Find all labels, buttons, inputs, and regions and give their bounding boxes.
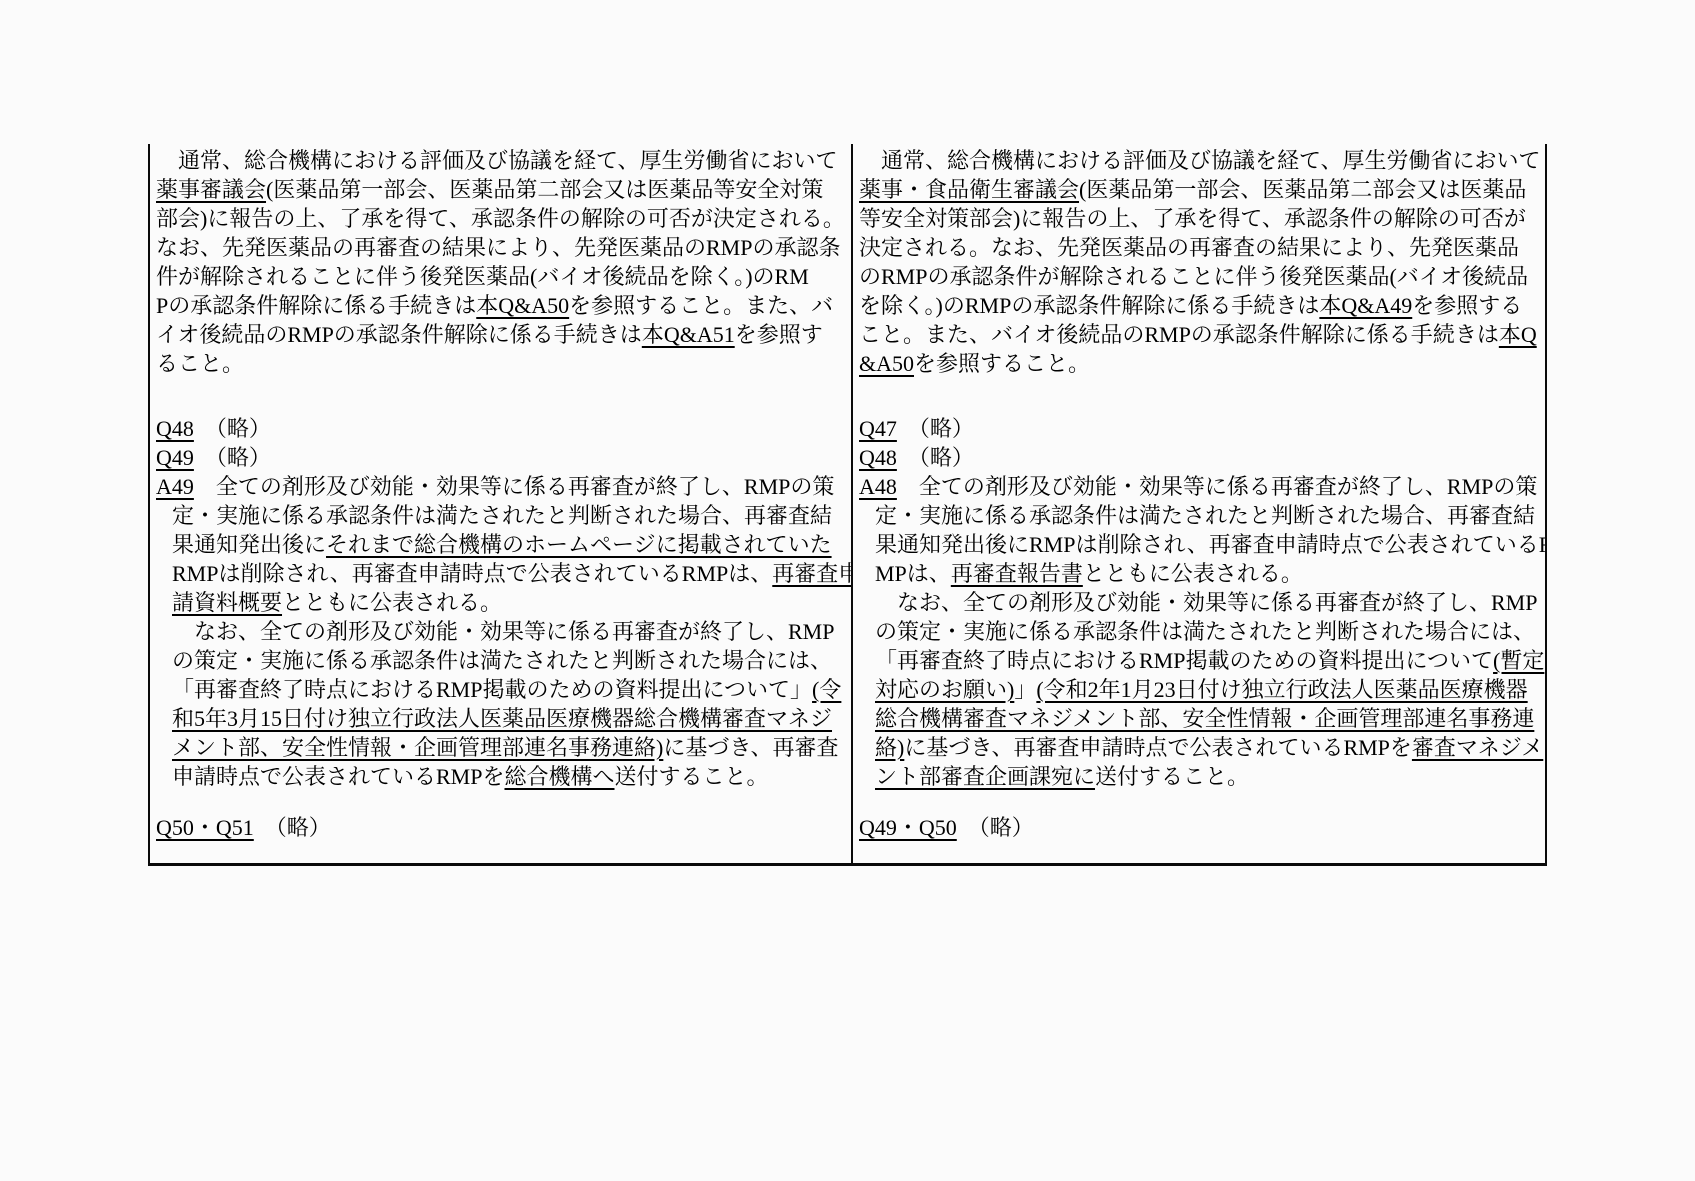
text-run: (医薬品第一部会、医薬品第二部会又は医薬品 bbox=[1079, 177, 1526, 202]
text-line: メント部、安全性情報・企画管理部連名事務連絡)に基づき、再審査 bbox=[156, 733, 847, 762]
text-run: を参照する bbox=[1412, 293, 1522, 318]
text-line: A48 全ての剤形及び効能・効果等に係る再審査が終了し、RMPの策 bbox=[859, 472, 1541, 501]
text-run: なお、全ての剤形及び効能・効果等に係る再審査が終了し、RMP bbox=[875, 590, 1537, 615]
text-line: RMPは削除され、再審査申請時点で公表されているRMPは、再審査申 bbox=[156, 559, 847, 588]
underlined-text: (令 bbox=[812, 677, 841, 702]
underlined-text: A48 bbox=[859, 474, 897, 499]
text-line: の策定・実施に係る承認条件は満たされたと判断された場合には、 bbox=[156, 646, 847, 675]
underlined-text: 本Q&A50 bbox=[476, 293, 569, 318]
text-run: 全ての剤形及び効能・効果等に係る再審査が終了し、RMPの策 bbox=[194, 474, 834, 499]
underlined-text: 再審査報告書 bbox=[951, 561, 1083, 586]
text-line: 通常、総合機構における評価及び協議を経て、厚生労働省において bbox=[156, 146, 847, 175]
text-run: とともに公表される。 bbox=[282, 590, 502, 615]
text-line: なお、全ての剤形及び効能・効果等に係る再審査が終了し、RMP bbox=[859, 588, 1541, 617]
text-line: イオ後続品のRMPの承認条件解除に係る手続きは本Q&A51を参照す bbox=[156, 320, 847, 349]
underlined-text: Q47 bbox=[859, 416, 897, 441]
text-line: 申請時点で公表されているRMPを総合機構へ送付すること。 bbox=[156, 762, 847, 791]
text-run: を参照す bbox=[735, 322, 823, 347]
text-line: 絡)に基づき、再審査申請時点で公表されているRMPを審査マネジメ bbox=[859, 733, 1541, 762]
text-block: 通常、総合機構における評価及び協議を経て、厚生労働省において薬事審議会(医薬品第… bbox=[156, 146, 847, 378]
text-line: なお、全ての剤形及び効能・効果等に係る再審査が終了し、RMP bbox=[156, 617, 847, 646]
text-line: A49 全ての剤形及び効能・効果等に係る再審査が終了し、RMPの策 bbox=[156, 472, 847, 501]
text-line: 請資料概要とともに公表される。 bbox=[156, 588, 847, 617]
underlined-text: 本Q bbox=[1499, 322, 1537, 347]
underlined-text: (暫定 bbox=[1493, 648, 1544, 673]
text-run: 定・実施に係る承認条件は満たされたと判断された場合、再審査結 bbox=[172, 503, 832, 528]
text-run: のRMPの承認条件が解除されることに伴う後発医薬品(バイオ後続品 bbox=[859, 264, 1528, 289]
text-run: を除く。)のRMPの承認条件解除に係る手続きは bbox=[859, 293, 1319, 318]
text-run: （略） bbox=[194, 416, 271, 441]
text-line: の策定・実施に係る承認条件は満たされたと判断された場合には、 bbox=[859, 617, 1541, 646]
underlined-text: 和5年3月15日付け独立行政法人医薬品医療機器総合機構審査マネジ bbox=[172, 706, 832, 731]
text-run: （略） bbox=[897, 445, 974, 470]
text-run: 部会)に報告の上、了承を得て、承認条件の解除の可否が決定される。 bbox=[156, 206, 845, 231]
text-line: ント部審査企画課宛に送付すること。 bbox=[859, 762, 1541, 791]
text-line: ること。 bbox=[156, 349, 847, 378]
text-run: を参照すること。 bbox=[914, 351, 1090, 376]
text-run: ること。 bbox=[156, 351, 244, 376]
underlined-text: 本Q&A51 bbox=[642, 322, 735, 347]
text-run: （略） bbox=[957, 815, 1034, 840]
underlined-text: Q48 bbox=[859, 445, 897, 470]
text-block: Q48 （略）Q49 （略）A49 全ての剤形及び効能・効果等に係る再審査が終了… bbox=[156, 414, 847, 791]
text-run: に基づき、再審査 bbox=[663, 735, 838, 760]
comparison-table: 通常、総合機構における評価及び協議を経て、厚生労働省において薬事審議会(医薬品第… bbox=[148, 144, 1547, 866]
underlined-text: 対応のお願い) bbox=[875, 677, 1014, 702]
text-run: MPは、 bbox=[875, 561, 951, 586]
text-run: 件が解除されることに伴う後発医薬品(バイオ後続品を除く。)のRM bbox=[156, 264, 809, 289]
text-block: 通常、総合機構における評価及び協議を経て、厚生労働省において薬事・食品衛生審議会… bbox=[859, 146, 1541, 378]
text-line: &A50を参照すること。 bbox=[859, 349, 1541, 378]
text-line: のRMPの承認条件が解除されることに伴う後発医薬品(バイオ後続品 bbox=[859, 262, 1541, 291]
text-run: (医薬品第一部会、医薬品第二部会又は医薬品等安全対策 bbox=[266, 177, 823, 202]
text-run: 送付すること。 bbox=[1095, 764, 1249, 789]
underlined-text: A49 bbox=[156, 474, 194, 499]
text-line: 果通知発出後にRMPは削除され、再審査申請時点で公表されているR bbox=[859, 530, 1541, 559]
text-line: Q49 （略） bbox=[156, 443, 847, 472]
text-block: Q50・Q51 （略） bbox=[156, 813, 847, 842]
text-run: イオ後続品のRMPの承認条件解除に係る手続きは bbox=[156, 322, 642, 347]
text-run: 全ての剤形及び効能・効果等に係る再審査が終了し、RMPの策 bbox=[897, 474, 1537, 499]
underlined-text: 総合機構へ bbox=[504, 764, 614, 789]
text-line: 総合機構審査マネジメント部、安全性情報・企画管理部連名事務連 bbox=[859, 704, 1541, 733]
text-line: 薬事審議会(医薬品第一部会、医薬品第二部会又は医薬品等安全対策 bbox=[156, 175, 847, 204]
text-run: を参照すること。また、バ bbox=[569, 293, 833, 318]
text-run: （略） bbox=[897, 416, 974, 441]
text-run: 定・実施に係る承認条件は満たされたと判断された場合、再審査結 bbox=[875, 503, 1535, 528]
text-run: なお、全ての剤形及び効能・効果等に係る再審査が終了し、RMP bbox=[172, 619, 834, 644]
underlined-text: メント部、安全性情報・企画管理部連名事務連絡) bbox=[172, 735, 663, 760]
text-run: とともに公表される。 bbox=[1083, 561, 1303, 586]
text-run: 「再審査終了時点におけるRMP掲載のための資料提出について bbox=[875, 648, 1493, 673]
text-line: 対応のお願い)」(令和2年1月23日付け独立行政法人医薬品医療機器 bbox=[859, 675, 1541, 704]
underlined-text: Q49・Q50 bbox=[859, 815, 957, 840]
text-run: 果通知発出後に bbox=[172, 532, 326, 557]
text-line: 和5年3月15日付け独立行政法人医薬品医療機器総合機構審査マネジ bbox=[156, 704, 847, 733]
text-line: 定・実施に係る承認条件は満たされたと判断された場合、再審査結 bbox=[156, 501, 847, 530]
text-line: 「再審査終了時点におけるRMP掲載のための資料提出について(暫定 bbox=[859, 646, 1541, 675]
text-run: 通常、総合機構における評価及び協議を経て、厚生労働省において bbox=[156, 148, 838, 173]
text-run: 申請時点で公表されているRMPを bbox=[172, 764, 504, 789]
underlined-text: Q49 bbox=[156, 445, 194, 470]
text-line: 件が解除されることに伴う後発医薬品(バイオ後続品を除く。)のRM bbox=[156, 262, 847, 291]
text-line: 薬事・食品衛生審議会(医薬品第一部会、医薬品第二部会又は医薬品 bbox=[859, 175, 1541, 204]
text-run: 決定される。なお、先発医薬品の再審査の結果により、先発医薬品 bbox=[859, 235, 1519, 260]
text-run: RMPは削除され、再審査申請時点で公表されているRMPは、 bbox=[172, 561, 772, 586]
underlined-text: Q48 bbox=[156, 416, 194, 441]
text-run: 果通知発出後にRMPは削除され、再審査申請時点で公表されているR bbox=[875, 532, 1547, 557]
text-run: 等安全対策部会)に報告の上、了承を得て、承認条件の解除の可否が bbox=[859, 206, 1526, 231]
text-line: MPは、再審査報告書とともに公表される。 bbox=[859, 559, 1541, 588]
text-line: こと。また、バイオ後続品のRMPの承認条件解除に係る手続きは本Q bbox=[859, 320, 1541, 349]
underlined-text: (令和2年1月23日付け独立行政法人医薬品医療機器 bbox=[1036, 677, 1527, 702]
text-line: を除く。)のRMPの承認条件解除に係る手続きは本Q&A49を参照する bbox=[859, 291, 1541, 320]
underlined-text: 総合機構審査マネジメント部、安全性情報・企画管理部連名事務連 bbox=[875, 706, 1534, 731]
text-run: 通常、総合機構における評価及び協議を経て、厚生労働省において bbox=[859, 148, 1541, 173]
underlined-text: 審査マネジメ bbox=[1412, 735, 1543, 760]
underlined-text: &A50 bbox=[859, 351, 914, 376]
text-line: 「再審査終了時点におけるRMP掲載のための資料提出について」(令 bbox=[156, 675, 847, 704]
underlined-text: 本Q&A49 bbox=[1319, 293, 1412, 318]
text-line: なお、先発医薬品の再審査の結果により、先発医薬品のRMPの承認条 bbox=[156, 233, 847, 262]
text-line: Q48 （略） bbox=[156, 414, 847, 443]
underlined-text: それまで総合機構のホームページに掲載されていた bbox=[326, 532, 832, 557]
text-line: 通常、総合機構における評価及び協議を経て、厚生労働省において bbox=[859, 146, 1541, 175]
comparison-column-left: 通常、総合機構における評価及び協議を経て、厚生労働省において薬事審議会(医薬品第… bbox=[148, 144, 853, 863]
text-run: Pの承認条件解除に係る手続きは bbox=[156, 293, 476, 318]
text-line: Q47 （略） bbox=[859, 414, 1541, 443]
comparison-column-right: 通常、総合機構における評価及び協議を経て、厚生労働省において薬事・食品衛生審議会… bbox=[853, 144, 1547, 863]
text-line: Q48 （略） bbox=[859, 443, 1541, 472]
text-run: 「再審査終了時点におけるRMP掲載のための資料提出について」 bbox=[172, 677, 812, 702]
document-page: { "document": { "kind": "old-new-compari… bbox=[0, 0, 1695, 1181]
underlined-text: 薬事・食品衛生審議会 bbox=[859, 177, 1079, 202]
text-line: 等安全対策部会)に報告の上、了承を得て、承認条件の解除の可否が bbox=[859, 204, 1541, 233]
text-run: こと。また、バイオ後続品のRMPの承認条件解除に係る手続きは bbox=[859, 322, 1499, 347]
text-run: の策定・実施に係る承認条件は満たされたと判断された場合には、 bbox=[172, 648, 832, 673]
text-run: （略） bbox=[194, 445, 271, 470]
underlined-text: Q50・Q51 bbox=[156, 815, 254, 840]
underlined-text: 絡) bbox=[875, 735, 904, 760]
text-run: （略） bbox=[254, 815, 331, 840]
underlined-text: 薬事審議会 bbox=[156, 177, 266, 202]
text-line: 定・実施に係る承認条件は満たされたと判断された場合、再審査結 bbox=[859, 501, 1541, 530]
text-line: Q49・Q50 （略） bbox=[859, 813, 1541, 842]
underlined-text: 再審査申 bbox=[772, 561, 853, 586]
text-line: Pの承認条件解除に係る手続きは本Q&A50を参照すること。また、バ bbox=[156, 291, 847, 320]
text-run: 」 bbox=[1014, 677, 1036, 702]
text-run: に基づき、再審査申請時点で公表されているRMPを bbox=[904, 735, 1412, 760]
underlined-text: ント部審査企画課宛に bbox=[875, 764, 1095, 789]
text-line: Q50・Q51 （略） bbox=[156, 813, 847, 842]
text-run: の策定・実施に係る承認条件は満たされたと判断された場合には、 bbox=[875, 619, 1535, 644]
text-line: 果通知発出後にそれまで総合機構のホームページに掲載されていた bbox=[156, 530, 847, 559]
text-block: Q49・Q50 （略） bbox=[859, 813, 1541, 842]
text-run: なお、先発医薬品の再審査の結果により、先発医薬品のRMPの承認条 bbox=[156, 235, 840, 260]
text-line: 部会)に報告の上、了承を得て、承認条件の解除の可否が決定される。 bbox=[156, 204, 847, 233]
text-run: 送付すること。 bbox=[615, 764, 769, 789]
underlined-text: 請資料概要 bbox=[172, 590, 282, 615]
text-line: 決定される。なお、先発医薬品の再審査の結果により、先発医薬品 bbox=[859, 233, 1541, 262]
text-block: Q47 （略）Q48 （略）A48 全ての剤形及び効能・効果等に係る再審査が終了… bbox=[859, 414, 1541, 791]
